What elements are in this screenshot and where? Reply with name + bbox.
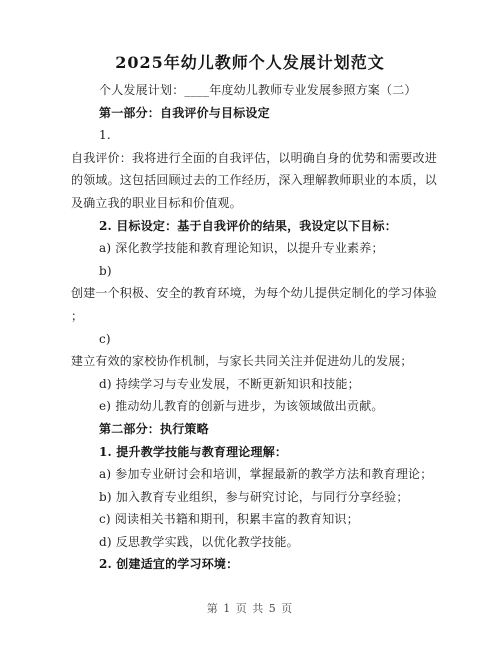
document-line: a) 参加专业研讨会和培训，掌握最新的教学方法和教育理论； (71, 463, 443, 486)
document-line: b) (71, 260, 443, 283)
document-line: c) 阅读相关书籍和期刊，积累丰富的教育知识； (71, 508, 443, 531)
document-line: 建立有效的家校协作机制，与家长共同关注并促进幼儿的发展； (71, 350, 443, 373)
document-line: a) 深化教学技能和教育理论知识，以提升专业素养； (71, 237, 443, 260)
document-line: 创建一个积极、安全的教育环境，为每个幼儿提供定制化的学习体验 (71, 282, 443, 305)
document-line: 的领域。这包括回顾过去的工作经历，深入理解教师职业的本质，以 (71, 169, 443, 192)
document-line: 自我评价：我将进行全面的自我评估，以明确自身的优势和需要改进 (71, 147, 443, 170)
page-number-footer: 第 1 页 共 5 页 (0, 600, 500, 616)
document-line: 2. 创建适宜的学习环境： (71, 553, 443, 576)
document-page: 2025年幼儿教师个人发展计划范文 个人发展计划：____年度幼儿教师专业发展参… (0, 0, 500, 647)
document-line: c) (71, 328, 443, 351)
document-title: 2025年幼儿教师个人发展计划范文 (0, 50, 500, 73)
document-line: 2. 目标设定：基于自我评价的结果，我设定以下目标： (71, 215, 443, 238)
document-line: e) 推动幼儿教育的创新与进步，为该领域做出贡献。 (71, 395, 443, 418)
document-line: d) 反思教学实践，以优化教学技能。 (71, 531, 443, 554)
document-line: ； (71, 305, 443, 328)
document-line: b) 加入教育专业组织，参与研究讨论，与同行分享经验； (71, 486, 443, 509)
document-line: 第二部分：执行策略 (71, 418, 443, 441)
document-line: 1. 提升教学技能与教育理论理解： (71, 441, 443, 464)
document-line: d) 持续学习与专业发展，不断更新知识和技能； (71, 373, 443, 396)
document-body: 个人发展计划：____年度幼儿教师专业发展参照方案（二）第一部分：自我评价与目标… (71, 79, 443, 576)
document-line: 1. (71, 124, 443, 147)
document-line: 及确立我的职业目标和价值观。 (71, 192, 443, 215)
document-line: 第一部分：自我评价与目标设定 (71, 102, 443, 125)
document-line: 个人发展计划：____年度幼儿教师专业发展参照方案（二） (71, 79, 443, 102)
